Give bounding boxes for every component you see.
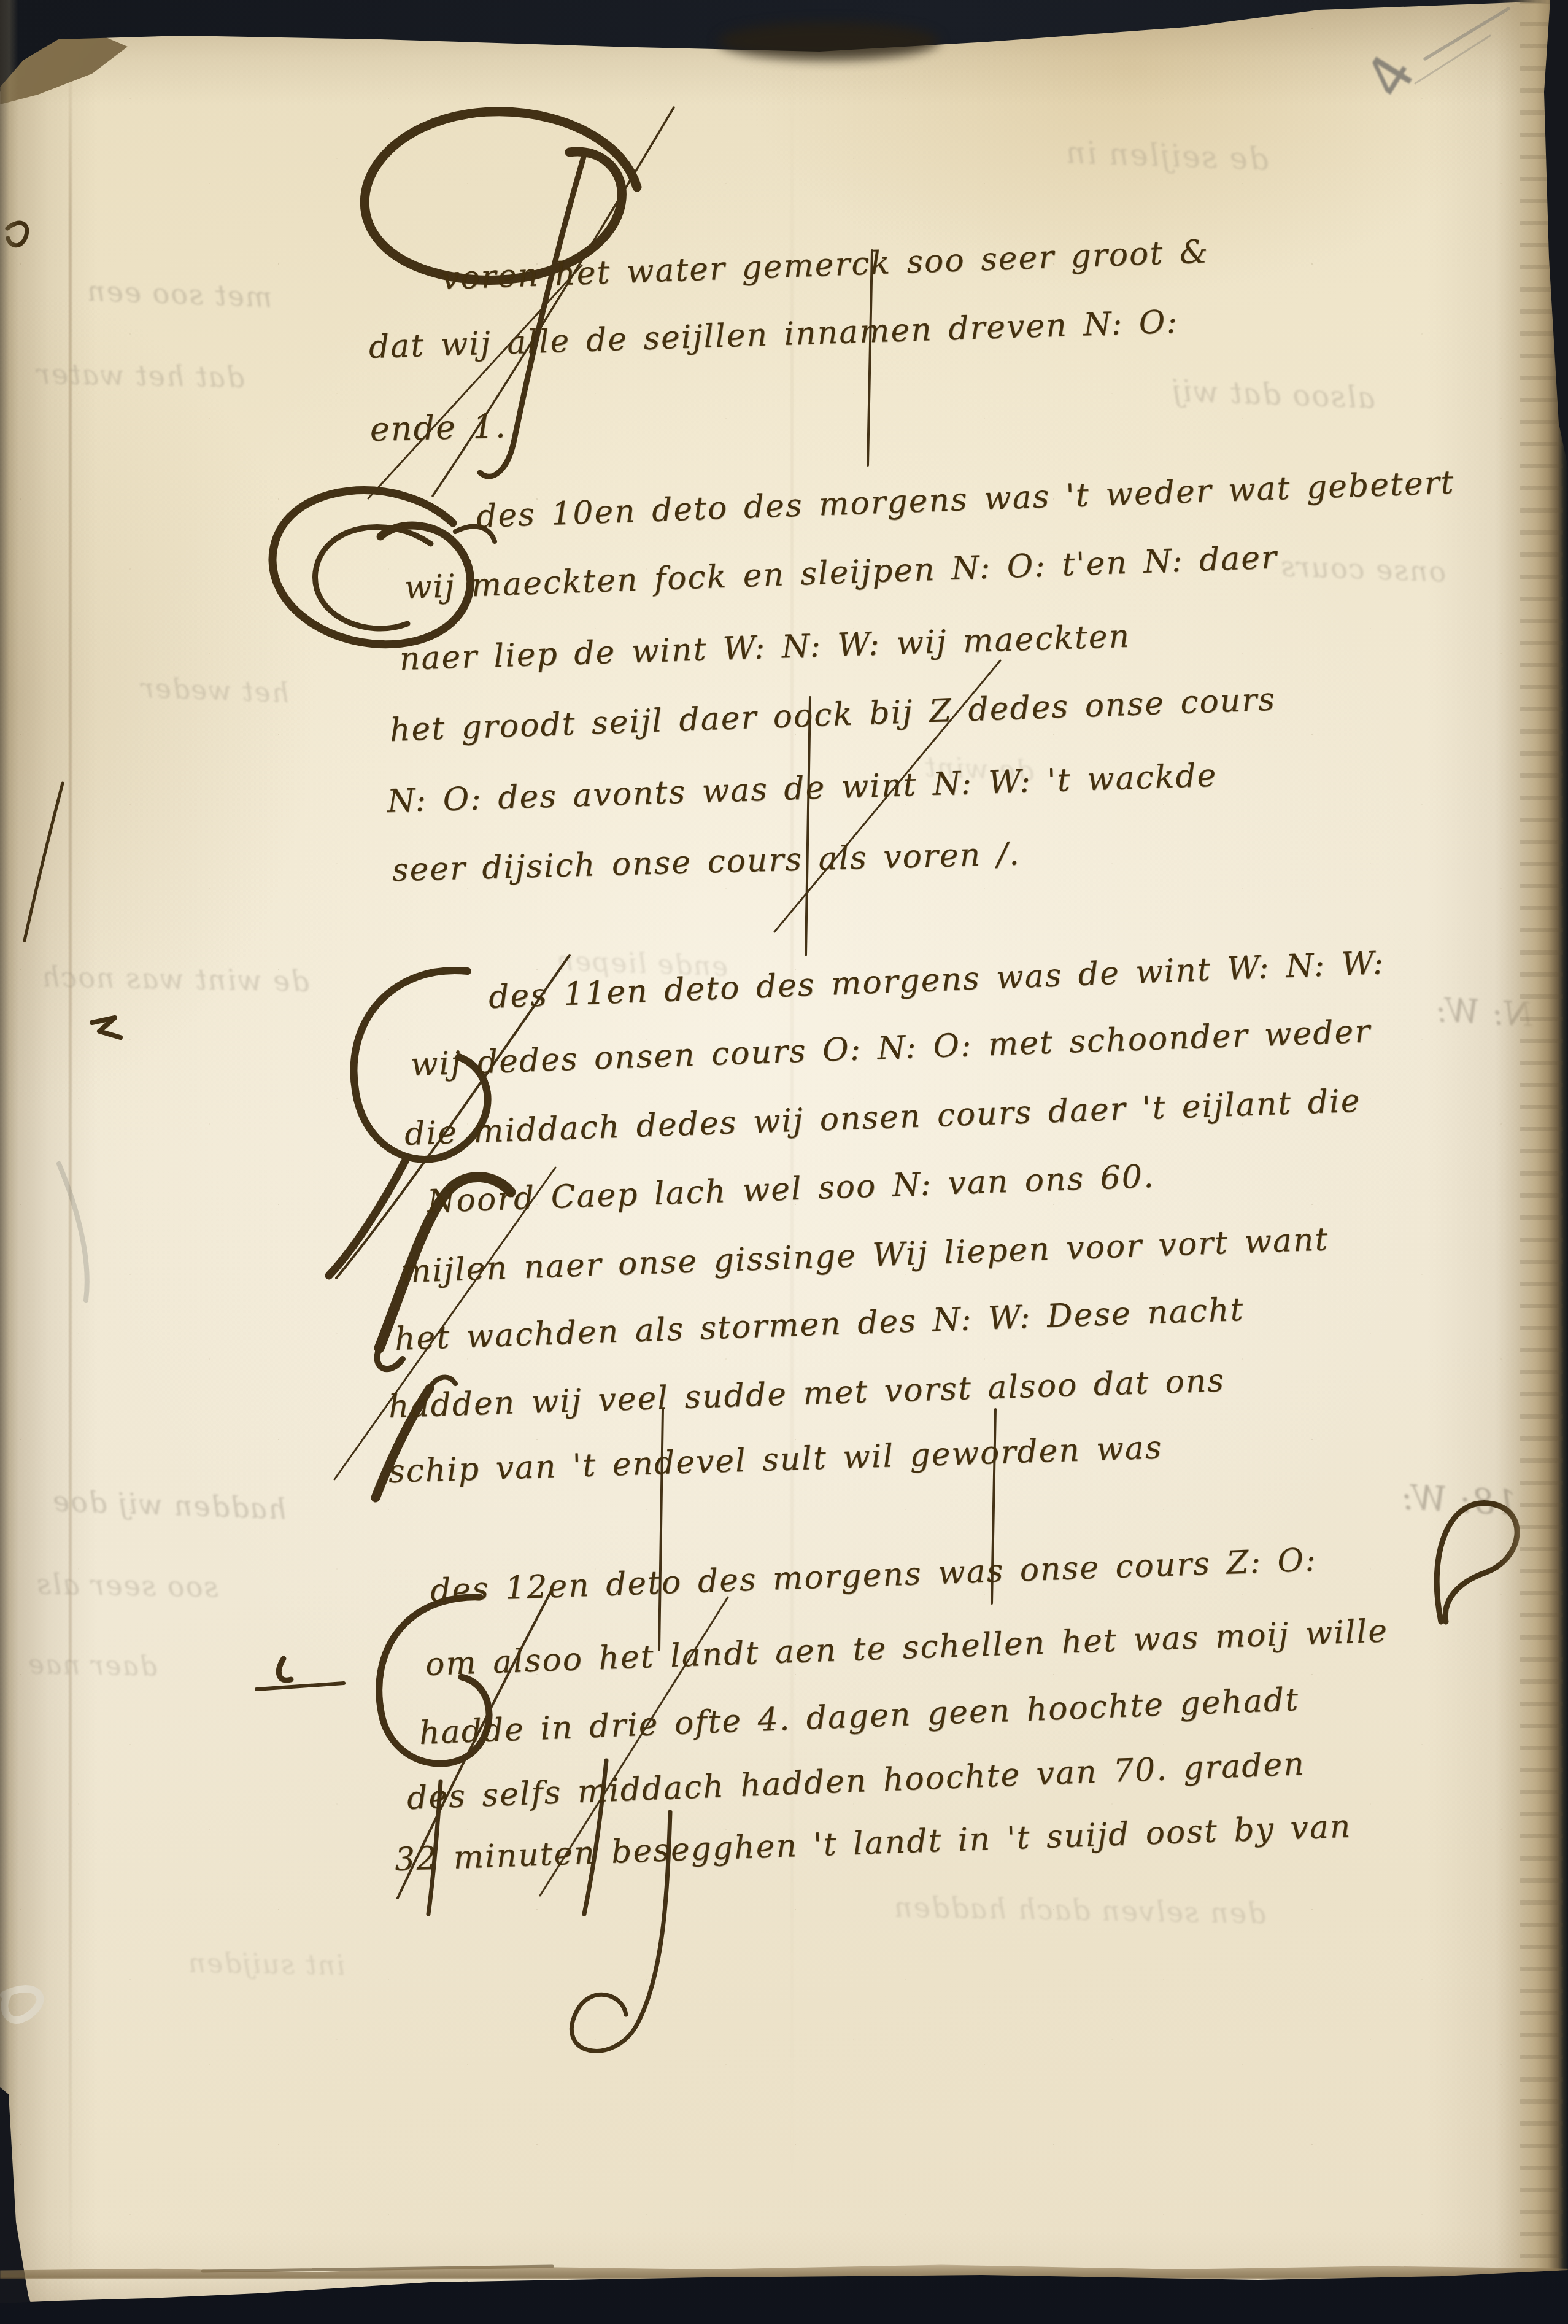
ghost-line-3: het weder: [139, 673, 290, 709]
ghost-line-8: de seijlen in: [1064, 134, 1269, 177]
ghost-line-6: soo seer als: [36, 1567, 219, 1603]
ghost-line-14: int suijden: [187, 1948, 346, 1981]
ghost-line-4: de wint was noch: [41, 960, 310, 998]
ghost-line-10: onse cours: [1279, 549, 1446, 588]
top-edge-dark-smudge: [718, 22, 939, 60]
ghost-line-2: dat het water: [36, 357, 245, 394]
manuscript-page-photo: met soo eendat het waterhet wederde wint…: [0, 0, 1568, 2324]
binding-edge-left: [0, 0, 18, 2324]
fore-edge-texture: [1520, 0, 1563, 2324]
ghost-line-1: met soo een: [85, 274, 272, 314]
paragraph-1-line-3: ende 1.: [369, 406, 508, 449]
ghost-line-7: daer nae: [27, 1649, 158, 1683]
ghost-line-13: den selven dach hadden: [893, 1891, 1266, 1931]
ghost-line-9: alsoo dat wij: [1170, 374, 1376, 416]
